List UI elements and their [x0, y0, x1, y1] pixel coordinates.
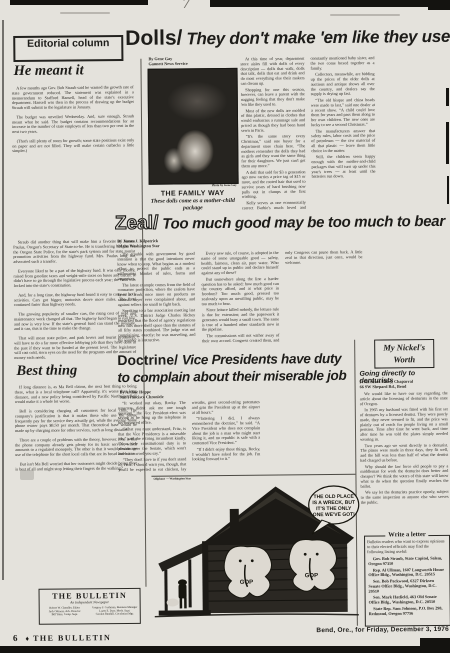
masthead-staff: Robert W. Chandler, EditorJack Osborne, …	[40, 606, 140, 625]
page-number: 6	[13, 633, 18, 643]
paragraph: We say let the denturists practice openl…	[361, 489, 449, 504]
paragraph: Still, the children seem happy enough wi…	[311, 154, 375, 179]
nickels-worth-title-1: My Nickel's	[375, 341, 433, 354]
paragraph: The budget was unveiled Wednesday. And, …	[12, 114, 134, 135]
zeal-headline-text: Too much good may be too much to bear	[162, 213, 445, 233]
doctrine-headline-line2: to complain about their miserable job	[117, 368, 346, 385]
dolls-kicker: Dolls/	[125, 26, 182, 50]
doctrine-headline-line1: Vice Presidents have duty	[182, 351, 341, 368]
svg-text:ONE WE'VE GOT!: ONE WE'VE GOT!	[313, 512, 355, 518]
zeal-kicker: Zeal/	[115, 213, 159, 234]
dolls-byline: By Gene GayGannett News Service	[148, 56, 234, 68]
paragraph: A doll that sold for $3 a generation ago…	[241, 169, 305, 199]
doctrine-kicker: Doctrine/	[117, 351, 178, 368]
nickels-worth-title-2: Worth	[375, 353, 433, 366]
paper-glyph-icon: ♦	[25, 635, 29, 643]
gop-label-2: GOP	[305, 573, 318, 579]
footer-paper-name: THE BULLETIN	[33, 633, 111, 643]
political-cartoon: GOP GOP THE OLD PLACE IS A WRECK, BUT IT…	[152, 482, 361, 634]
paragraph: We would like to have our say regarding …	[360, 391, 448, 406]
write-a-letter-title: Write a letter	[385, 531, 428, 538]
paragraph: Two years ago we went directly to a dent…	[360, 443, 448, 463]
dolls-caption-text: These dolls come as a mother-child packa…	[149, 198, 237, 213]
masthead-box: THE BULLETIN An Independent Newspaper Ro…	[39, 588, 141, 625]
paragraph: At this time of year, department store a…	[240, 56, 304, 86]
paragraph: “What you must understand, Fritz, is tha…	[118, 426, 186, 456]
editorial-2-headline: Best thing	[16, 362, 77, 380]
paragraph: “Flattering I did, I always remembered t…	[192, 416, 260, 446]
footer-left: 6♦THE BULLETIN	[13, 627, 111, 646]
paragraph: State Rep. Sam Johnson, P.O. Box 298, Re…	[369, 606, 445, 616]
paragraph: The trouble with government by good inte…	[117, 251, 195, 281]
paragraph: Why should the law force old people to p…	[360, 464, 448, 489]
paragraph: Gordon Randall, Circulation Mgr.	[90, 613, 140, 617]
paragraph: Collectors, meanwhile, are bidding up th…	[311, 72, 375, 97]
cartoon-drawing: GOP GOP THE OLD PLACE IS A WRECK, BUT IT…	[152, 482, 361, 634]
gop-label-1: GOP	[240, 580, 253, 586]
letter-body: We would like to have our say regarding …	[360, 391, 449, 528]
paragraph: But somewhere along the line a harder qu…	[201, 276, 279, 306]
paragraph: Every new rule, of course, is adopted in…	[201, 250, 279, 275]
dolls-headline: Dolls/ They don't make 'em like they use…	[125, 24, 450, 51]
dolls-headline-text: They don't make 'em like they used to	[186, 27, 450, 49]
paragraph: “It worked out okay, Rocky. The reporter…	[118, 400, 186, 425]
paragraph: Most of the new dolls are molded of thin…	[241, 108, 305, 133]
zeal-body: The trouble with government by good inte…	[117, 249, 447, 348]
write-a-letter-addresses: Gov. Bob Straub, State Capitol, Salem, O…	[368, 556, 445, 623]
paragraph: “If I didn't enjoy those things, Rocky, …	[192, 447, 260, 462]
newspaper-page: 7 Editorial column He meant it A few mon…	[0, 0, 450, 653]
letter-from: From Mora Talley, Chaparral66 SW Shepard…	[360, 379, 448, 390]
editorial-1-headline: He meant it	[13, 62, 83, 80]
doctrine-headline: Doctrine/ Vice Presidents have duty to c…	[117, 350, 346, 386]
paragraph: “It's the same story every Christmas,” s…	[241, 134, 305, 169]
dolls-photo	[148, 68, 239, 185]
paragraph: The manufacturers answer that safety rul…	[311, 128, 375, 153]
doctrine-body: “It worked out okay, Rocky. The reporter…	[118, 399, 335, 475]
paragraph: The latest example comes from the field …	[118, 282, 196, 307]
dolls-caption-title: THE FAMILY WAY	[149, 190, 237, 198]
paragraph: “The old bisque and china heads were mad…	[311, 98, 375, 128]
nickels-worth-box: My Nickel's Worth	[374, 339, 434, 369]
doctrine-byline: By Arthur HoppeSan Francisco Chronicle	[120, 389, 200, 400]
dolls-body: At this time of year, department store a…	[240, 55, 445, 213]
paragraph: Bill Yates, Comp. Supt.	[40, 613, 90, 617]
paragraph: Rep. Al Ullman, 1607 Longworth House Off…	[368, 567, 444, 577]
paragraph: Speaking to a bar association meeting la…	[118, 308, 196, 343]
paragraph: Shopping for one this season, however, c…	[241, 87, 305, 107]
paragraph: (That's still plenty of room for growth;…	[12, 138, 134, 154]
editorial-column-label: Editorial column	[27, 37, 109, 50]
zeal-headline: Zeal/ Too much good may be too much to b…	[115, 210, 445, 235]
paragraph: In 1965 my husband was fitted with his f…	[360, 407, 448, 442]
paragraph: A few months ago Gov. Bob Straub said he…	[12, 85, 134, 111]
zeal-byline: By James J. KilpatrickOf the Washington …	[117, 238, 197, 250]
paragraph: Gov. Bob Straub, State Capitol, Salem, O…	[368, 556, 444, 566]
editorial-1-body-a: A few months ago Gov. Bob Straub said he…	[12, 85, 135, 212]
paragraph: Sen. Mark Hatfield, 463 Old Senate Offic…	[369, 595, 445, 605]
paragraph: Sen. Bob Packwood, 6327 Dirksen Senate O…	[368, 578, 444, 593]
editorial-column-label-box: Editorial column	[13, 35, 123, 62]
paragraph: Since lettuce killed nobody, the lettuce…	[202, 307, 280, 332]
